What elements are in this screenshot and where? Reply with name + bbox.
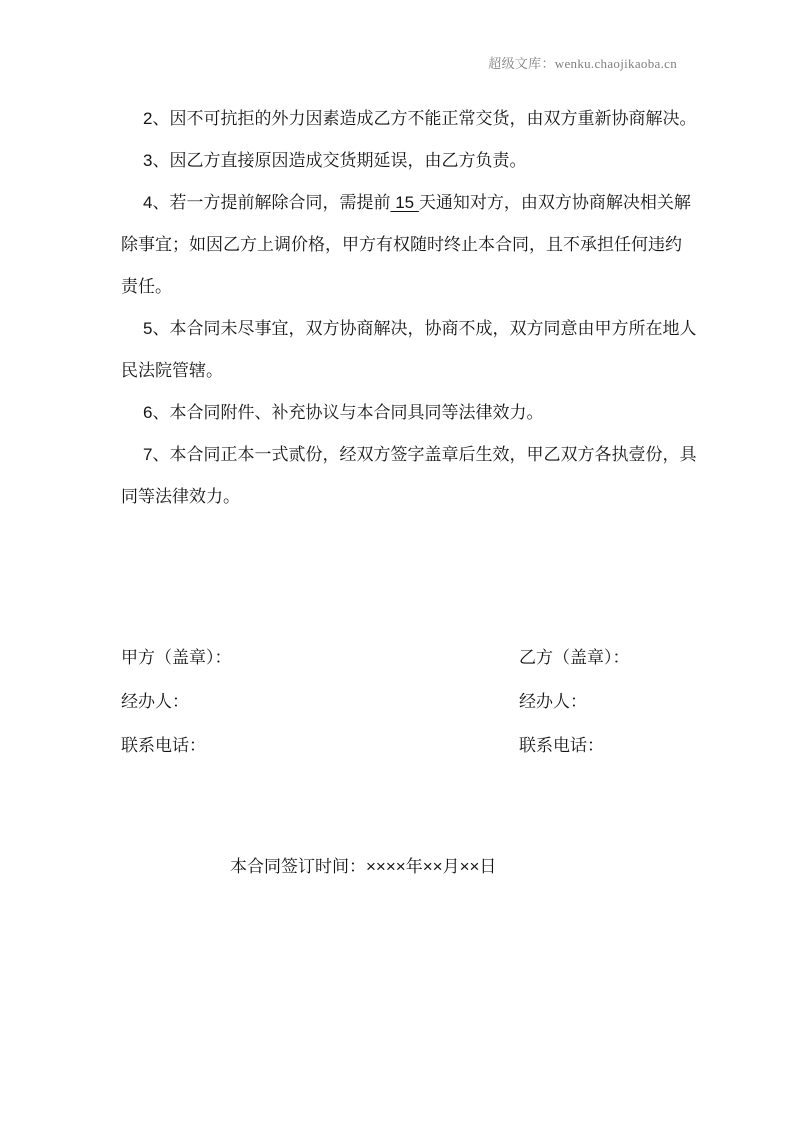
signature-block: 甲方（盖章）： 乙方（盖章）： 经办人： 经办人： 联系电话： 联系电话： — [121, 636, 761, 768]
clause-2-line: 2、因不可抗拒的外力因素造成乙方不能正常交货，由双方重新协商解决。 — [121, 98, 721, 140]
clause-4-prefix: 4、若一方提前解除合同，需提前 — [143, 193, 390, 212]
clause-4-line-3: 责任。 — [121, 266, 721, 308]
clause-5-line-2: 民法院管辖。 — [121, 350, 721, 392]
clause-4-line-2: 除事宜；如因乙方上调价格，甲方有权随时终止本合同，且不承担任何违约 — [121, 224, 721, 266]
party-a-agent-label: 经办人： — [121, 692, 189, 711]
clause-7-line-2: 同等法律效力。 — [121, 476, 721, 518]
clause-4-line-1: 4、若一方提前解除合同，需提前 15 天通知对方，由双方协商解决相关解 — [121, 182, 721, 224]
party-b-seal-label: 乙方（盖章）： — [519, 636, 630, 680]
signature-row-seal: 甲方（盖章）： 乙方（盖章）： — [121, 636, 761, 680]
signature-row-agent: 经办人： 经办人： — [121, 680, 761, 724]
party-b-agent-label: 经办人： — [519, 680, 587, 724]
clause-3-line: 3、因乙方直接原因造成交货期延误，由乙方负责。 — [121, 140, 721, 182]
clause-7-line-1: 7、本合同正本一式贰份，经双方签字盖章后生效，甲乙双方各执壹份，具 — [121, 434, 721, 476]
party-b-phone-label: 联系电话： — [519, 724, 604, 768]
clause-6-line: 6、本合同附件、补充协议与本合同具同等法律效力。 — [121, 392, 721, 434]
signature-row-phone: 联系电话： 联系电话： — [121, 724, 761, 768]
party-a-seal-label: 甲方（盖章）： — [121, 648, 232, 667]
clause-5-line-1: 5、本合同未尽事宜，双方协商解决，协商不成，双方同意由甲方所在地人 — [121, 308, 721, 350]
site-watermark: 超级文库：wenku.chaojikaoba.cn — [488, 56, 677, 72]
clause-4-suffix: 天通知对方，由双方协商解决相关解 — [419, 193, 691, 212]
contract-document-page: 超级文库：wenku.chaojikaoba.cn 2、因不可抗拒的外力因素造成… — [0, 0, 793, 1122]
notice-days-underlined-value: 15 — [390, 193, 418, 212]
party-a-phone-label: 联系电话： — [121, 736, 206, 755]
contract-body: 2、因不可抗拒的外力因素造成乙方不能正常交货，由双方重新协商解决。 3、因乙方直… — [121, 98, 721, 518]
signing-date-line: 本合同签订时间：××××年××月××日 — [230, 846, 496, 888]
